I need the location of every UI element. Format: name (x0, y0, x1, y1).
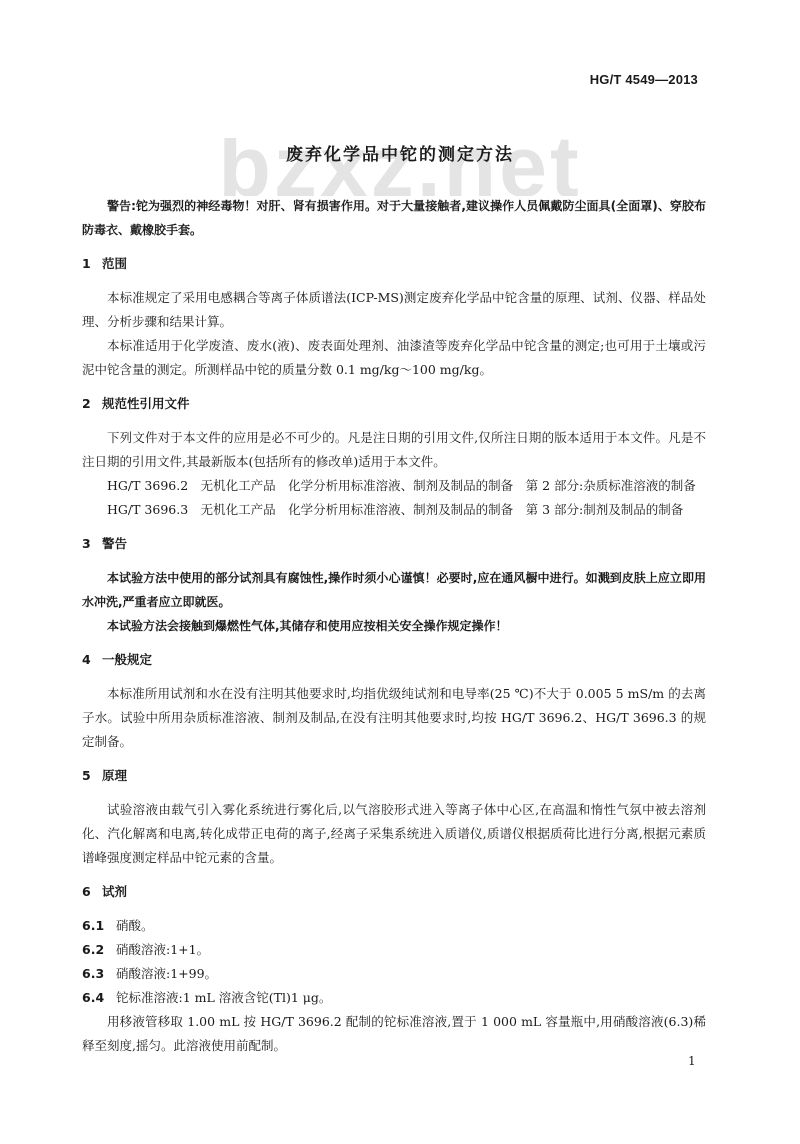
item-text: 铊标准溶液:1 mL 溶液含铊(Tl)1 μg。 (116, 990, 331, 1005)
reference-entry: HG/T 3696.3 无机化工产品 化学分析用标准溶液、制剂及制品的制备 第 … (82, 498, 706, 522)
warning-paragraph: 警告:铊为强烈的神经毒物！对肝、肾有损害作用。对于大量接触者,建议操作人员佩戴防… (82, 194, 706, 242)
section-title: 警告 (102, 536, 127, 551)
section-number: 4 (82, 648, 102, 672)
item-text: 硝酸溶液:1+1。 (116, 942, 209, 957)
section-number: 2 (82, 392, 102, 416)
item-number: 6.3 (82, 962, 116, 986)
reagent-item: 6.2硝酸溶液:1+1。 (82, 938, 706, 962)
section-heading-reagents: 6试剂 (82, 880, 706, 904)
paragraph: 用移液管移取 1.00 mL 按 HG/T 3696.2 配制的铊标准溶液,置于… (82, 1010, 706, 1058)
paragraph: 本试验方法会接触到爆燃性气体,其储存和使用应按相关安全操作规定操作！ (82, 614, 706, 638)
section-heading-general-provisions: 4一般规定 (82, 648, 706, 672)
paragraph: 本试验方法中使用的部分试剂具有腐蚀性,操作时须小心谨慎！必要时,应在通风橱中进行… (82, 566, 706, 614)
paragraph: 试验溶液由载气引入雾化系统进行雾化后,以气溶胶形式进入等离子体中心区,在高温和惰… (82, 798, 706, 870)
section-title: 原理 (102, 768, 127, 783)
section-heading-normative-references: 2规范性引用文件 (82, 392, 706, 416)
section-number: 5 (82, 764, 102, 788)
section-title: 范围 (102, 256, 127, 271)
item-number: 6.2 (82, 938, 116, 962)
item-text: 硝酸。 (116, 918, 154, 933)
paragraph: 下列文件对于本文件的应用是必不可少的。凡是注日期的引用文件,仅所注日期的版本适用… (82, 426, 706, 474)
item-text: 硝酸溶液:1+99。 (116, 966, 217, 981)
reagent-item: 6.4铊标准溶液:1 mL 溶液含铊(Tl)1 μg。 (82, 986, 706, 1010)
reagent-item: 6.3硝酸溶液:1+99。 (82, 962, 706, 986)
section-number: 6 (82, 880, 102, 904)
section-title: 一般规定 (102, 652, 152, 667)
document-title: 废弃化学品中铊的测定方法 (0, 140, 800, 165)
section-title: 规范性引用文件 (102, 396, 190, 411)
section-title: 试剂 (102, 884, 127, 899)
section-heading-scope: 1范围 (82, 252, 706, 276)
item-number: 6.4 (82, 986, 116, 1010)
section-heading-principle: 5原理 (82, 764, 706, 788)
standard-code: HG/T 4549—2013 (590, 72, 698, 87)
reagent-item: 6.1硝酸。 (82, 914, 706, 938)
paragraph: 本标准适用于化学废渣、废水(液)、废表面处理剂、油漆渣等废弃化学品中铊含量的测定… (82, 334, 706, 382)
item-number: 6.1 (82, 914, 116, 938)
document-body: 警告:铊为强烈的神经毒物！对肝、肾有损害作用。对于大量接触者,建议操作人员佩戴防… (82, 194, 706, 1058)
section-heading-warning: 3警告 (82, 532, 706, 556)
paragraph: 本标准规定了采用电感耦合等离子体质谱法(ICP-MS)测定废弃化学品中铊含量的原… (82, 286, 706, 334)
section-number: 1 (82, 252, 102, 276)
section-number: 3 (82, 532, 102, 556)
paragraph: 本标准所用试剂和水在没有注明其他要求时,均指优级纯试剂和电导率(25 ℃)不大于… (82, 682, 706, 754)
reference-entry: HG/T 3696.2 无机化工产品 化学分析用标准溶液、制剂及制品的制备 第 … (82, 474, 706, 498)
